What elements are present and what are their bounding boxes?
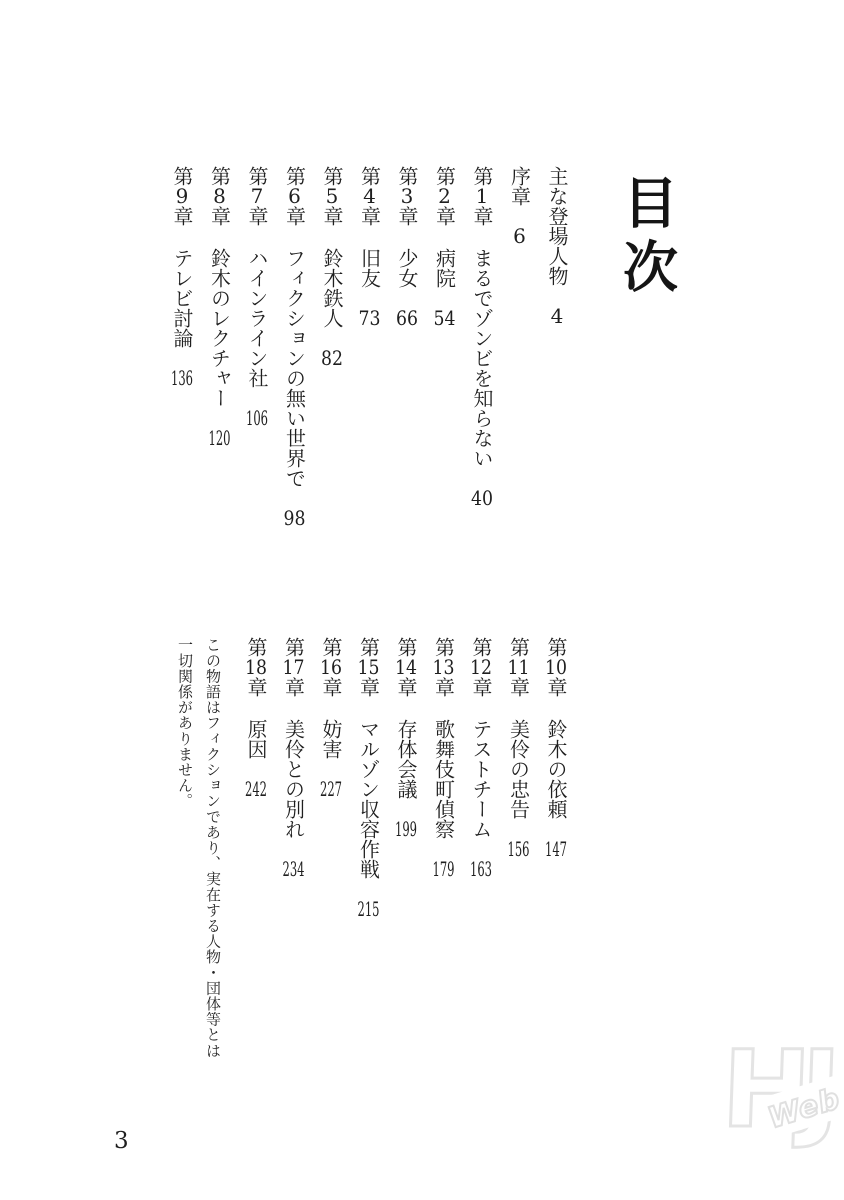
chapter-title: テレビ討論	[170, 248, 194, 348]
chapter-title: フィクションの無い世界で	[283, 248, 307, 488]
page-ref: 73	[358, 308, 382, 328]
chapter-title: 美伶の忠告	[507, 719, 531, 819]
page-ref: 6	[508, 226, 532, 246]
chapter-label: 第8章	[208, 166, 232, 226]
toc-entry-ch2: 第2章病院54	[434, 166, 456, 596]
page-ref: 234	[282, 859, 306, 879]
toc-entry-ch12: 第12章テストチーム163	[470, 637, 492, 1097]
chapter-number: 1	[470, 186, 494, 206]
page-ref: 82	[320, 348, 344, 368]
chapter-title: まるでゾンビを知らない	[470, 248, 494, 468]
toc-entry-ch18: 第18章原因242	[245, 637, 267, 1097]
chapter-number: 10	[544, 657, 568, 677]
page-ref: 54	[433, 308, 457, 328]
chapter-number: 3	[395, 186, 419, 206]
toc-entry-ch16: 第16章妨害227	[320, 637, 342, 1097]
chapter-title: 旧友	[358, 248, 382, 288]
chapter-title: 鈴木の依頼	[544, 719, 568, 819]
page-number: 3	[114, 1128, 129, 1154]
chapter-number: 6	[283, 186, 307, 206]
book-toc-page: { "doc": { "title": "目次", "folio": "3", …	[0, 0, 844, 1200]
toc-section-top: 主な登場人物4 序章6 第1章まるでゾンビを知らない40 第2章病院54 第3章…	[156, 166, 569, 596]
chapter-label: 第14章	[394, 637, 418, 697]
chapter-number: 2	[433, 186, 457, 206]
page-ref: 179	[432, 859, 456, 879]
toc-entry-ch14: 第14章存体会議199	[395, 637, 417, 1097]
page-ref: 147	[544, 839, 568, 859]
page-ref: 215	[357, 899, 381, 919]
chapter-title: 美伶との別れ	[282, 719, 306, 839]
chapter-title: 鈴木のレクチャー	[208, 248, 232, 408]
chapter-title: ハインライン社	[245, 248, 269, 388]
page-ref: 156	[507, 839, 531, 859]
chapter-label: 第10章	[544, 637, 568, 697]
chapter-label: 第15章	[357, 637, 381, 697]
toc-section-bottom: 第10章鈴木の依頼147 第11章美伶の忠告156 第12章テストチーム163 …	[165, 637, 567, 1097]
page-ref: 199	[394, 819, 418, 839]
entry-title: 主な登場人物	[545, 166, 569, 286]
chapter-label: 第17章	[282, 637, 306, 697]
toc-entry-ch8: 第8章鈴木のレクチャー120	[209, 166, 231, 596]
page-ref: 66	[395, 308, 419, 328]
chapter-label: 第9章	[170, 166, 194, 226]
chapter-number: 7	[245, 186, 269, 206]
toc-entry-ch5: 第5章鈴木鉄人82	[321, 166, 343, 596]
page-ref: 163	[469, 859, 493, 879]
page-ref: 40	[470, 488, 494, 508]
toc-entry-ch4: 第4章旧友73	[359, 166, 381, 596]
chapter-label: 第6章	[283, 166, 307, 226]
fiction-disclaimer: この物語はフィクションであり、実在する人物・団体等とは 一切関係がありません。	[176, 637, 221, 1097]
chapter-number: 14	[394, 657, 418, 677]
toc-entry-ch10: 第10章鈴木の依頼147	[545, 637, 567, 1097]
disclaimer-line: この物語はフィクションであり、実在する人物・団体等とは	[204, 637, 221, 1097]
entry-title: 序章	[508, 166, 532, 206]
chapter-label: 第4章	[358, 166, 382, 226]
chapter-label: 第16章	[319, 637, 343, 697]
chapter-label: 第5章	[320, 166, 344, 226]
disclaimer-line: 一切関係がありません。	[176, 637, 193, 1097]
page-title: 目次	[619, 174, 674, 302]
chapter-number: 15	[357, 657, 381, 677]
chapter-number: 4	[358, 186, 382, 206]
chapter-label: 第1章	[470, 166, 494, 226]
toc-entry-ch3: 第3章少女66	[396, 166, 418, 596]
toc-entry-ch11: 第11章美伶の忠告156	[508, 637, 530, 1097]
chapter-title: 少女	[395, 248, 419, 288]
chapter-number: 11	[507, 657, 531, 677]
chapter-title: テストチーム	[469, 719, 493, 839]
toc-entry-ch6: 第6章フィクションの無い世界で98	[284, 166, 306, 596]
chapter-label: 第3章	[395, 166, 419, 226]
chapter-number: 13	[432, 657, 456, 677]
page-ref: 120	[208, 428, 232, 448]
hjweb-watermark: HJ Web	[722, 1040, 840, 1190]
toc-entry-ch1: 第1章まるでゾンビを知らない40	[471, 166, 493, 596]
page-ref: 242	[244, 779, 268, 799]
chapter-title: 鈴木鉄人	[320, 248, 344, 328]
chapter-number: 8	[208, 186, 232, 206]
chapter-number: 12	[469, 657, 493, 677]
chapter-label: 第2章	[433, 166, 457, 226]
chapter-label: 第11章	[507, 637, 531, 697]
chapter-number: 9	[170, 186, 194, 206]
chapter-label: 第18章	[244, 637, 268, 697]
page-ref: 106	[245, 408, 269, 428]
chapter-title: 存体会議	[394, 719, 418, 799]
toc-entry-main-characters: 主な登場人物4	[546, 166, 568, 596]
chapter-title: 歌舞伎町偵察	[432, 719, 456, 839]
toc-entry-ch9: 第9章テレビ討論136	[171, 166, 193, 596]
page-ref: 4	[545, 306, 569, 326]
toc-entry-ch7: 第7章ハインライン社106	[246, 166, 268, 596]
page-ref: 98	[283, 508, 307, 528]
chapter-title: 原因	[244, 719, 268, 759]
toc-entry-ch15: 第15章マルゾン収容作戦215	[358, 637, 380, 1097]
toc-entry-ch13: 第13章歌舞伎町偵察179	[433, 637, 455, 1097]
chapter-title: マルゾン収容作戦	[357, 719, 381, 879]
page-ref: 227	[319, 779, 343, 799]
chapter-number: 17	[282, 657, 306, 677]
toc-entry-ch17: 第17章美伶との別れ234	[283, 637, 305, 1097]
chapter-title: 妨害	[319, 719, 343, 759]
chapter-label: 第12章	[469, 637, 493, 697]
chapter-label: 第13章	[432, 637, 456, 697]
watermark-web-label: Web	[754, 1074, 844, 1141]
chapter-label: 第7章	[245, 166, 269, 226]
watermark-hj-logo: HJ	[720, 1040, 832, 1140]
toc-entry-prologue: 序章6	[509, 166, 531, 596]
chapter-number: 5	[320, 186, 344, 206]
chapter-number: 16	[319, 657, 343, 677]
chapter-title: 病院	[433, 248, 457, 288]
page-ref: 136	[170, 368, 194, 388]
chapter-number: 18	[244, 657, 268, 677]
